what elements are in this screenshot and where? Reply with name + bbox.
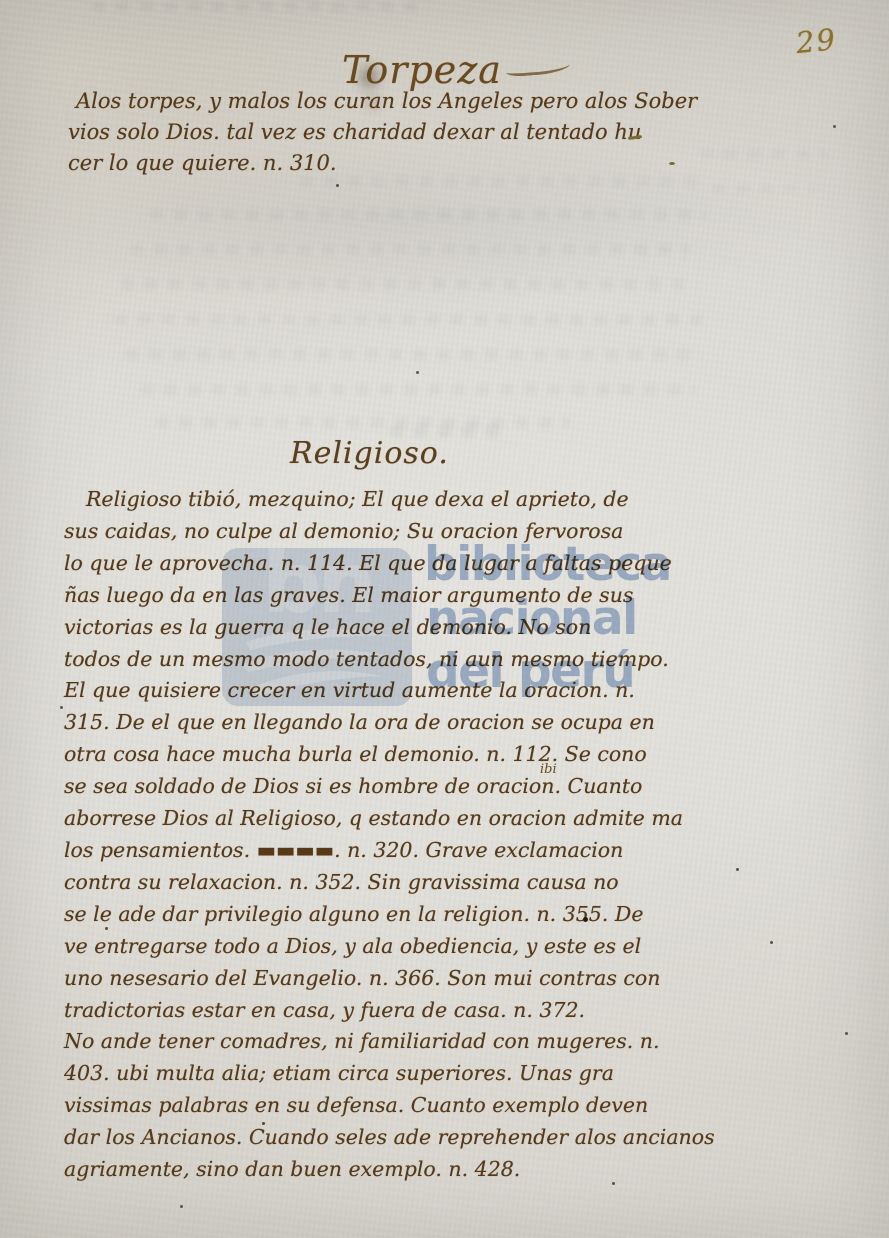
bleedthrough-line (140, 384, 696, 395)
paper-speck (262, 1122, 265, 1125)
body-paragraph: Religioso tibió, mezquino; El que dexa e… (64, 484, 715, 1186)
title-flourish-stroke (505, 58, 570, 77)
manuscript-line: victorias es la guerra q le hace el demo… (64, 612, 715, 644)
paper-speck (612, 1182, 615, 1185)
bleedthrough-line (150, 209, 706, 220)
folio-number: 29 (794, 22, 838, 60)
manuscript-line: agriamente, sino dan buen exemplo. n. 42… (64, 1154, 715, 1186)
manuscript-line: No ande tener comadres, ni familiaridad … (64, 1026, 715, 1058)
manuscript-line: Religioso tibió, mezquino; El que dexa e… (64, 484, 715, 516)
paper-speck (336, 184, 339, 187)
manuscript-page: 29 Torpeza Alos torpes, y malos los cura… (0, 0, 889, 1238)
manuscript-line: se sea soldado de Dios si es hombre de o… (64, 771, 715, 803)
paper-speck (845, 1032, 848, 1035)
bleedthrough-line (114, 314, 704, 325)
manuscript-line: 315. De el que en llegando la ora de ora… (64, 707, 715, 739)
manuscript-line: sus caidas, no culpe al demonio; Su orac… (64, 516, 715, 548)
bleedthrough-line (125, 349, 703, 360)
bleedthrough-line (130, 244, 690, 255)
paper-fiber (669, 162, 675, 165)
manuscript-line: El que quisiere crecer en virtud aumente… (64, 675, 715, 707)
manuscript-line: otra cosa hace mucha burla el demonio. n… (64, 739, 715, 771)
manuscript-line: ve entregarse todo a Dios, y ala obedien… (64, 931, 715, 963)
bleedthrough-line (700, 150, 828, 159)
superscript-annotation: ibi (540, 762, 557, 777)
manuscript-line: lo que le aprovecha. n. 114. El que da l… (64, 548, 715, 580)
manuscript-line: uno nesesario del Evangelio. n. 366. Son… (64, 963, 715, 995)
bleedthrough-line (712, 184, 817, 193)
manuscript-line: contra su relaxacion. n. 352. Sin gravis… (64, 867, 715, 899)
manuscript-line: se le ade dar privilegio alguno en la re… (64, 899, 715, 931)
manuscript-line: cer lo que quiere. n. 310. (68, 148, 697, 179)
paper-speck (770, 941, 773, 944)
paper-speck (736, 868, 739, 871)
paper-speck (180, 1205, 183, 1208)
paper-speck (105, 927, 108, 930)
paper-speck (60, 706, 63, 709)
manuscript-line: vissimas palabras en su defensa. Cuanto … (64, 1090, 715, 1122)
section-heading: Religioso. (290, 436, 449, 471)
manuscript-line: aborrese Dios al Religioso, q estando en… (64, 803, 715, 835)
manuscript-line: dar los Ancianos. Cuando seles ade repre… (64, 1122, 715, 1154)
manuscript-line: vios solo Dios. tal vez es charidad dexa… (68, 117, 697, 148)
manuscript-line: ñas luego da en las graves. El maior arg… (64, 580, 715, 612)
manuscript-line: Alos torpes, y malos los curan los Angel… (68, 86, 697, 117)
intro-paragraph: Alos torpes, y malos los curan los Angel… (68, 86, 697, 179)
manuscript-line: todos de un mesmo modo tentados, ni aun … (64, 644, 715, 676)
manuscript-line: 403. ubi multa alia; etiam circa superio… (64, 1058, 715, 1090)
ink-speck (583, 917, 588, 922)
paper-speck (833, 125, 836, 128)
bleedthrough-line (92, 2, 422, 11)
manuscript-line: tradictorias estar en casa, y fuera de c… (64, 995, 715, 1027)
paper-speck (416, 371, 419, 374)
bleedthrough-line (120, 279, 698, 290)
manuscript-line-with-strikethrough: los pensamientos. ▬▬▬▬. n. 320. Grave ex… (64, 835, 715, 867)
